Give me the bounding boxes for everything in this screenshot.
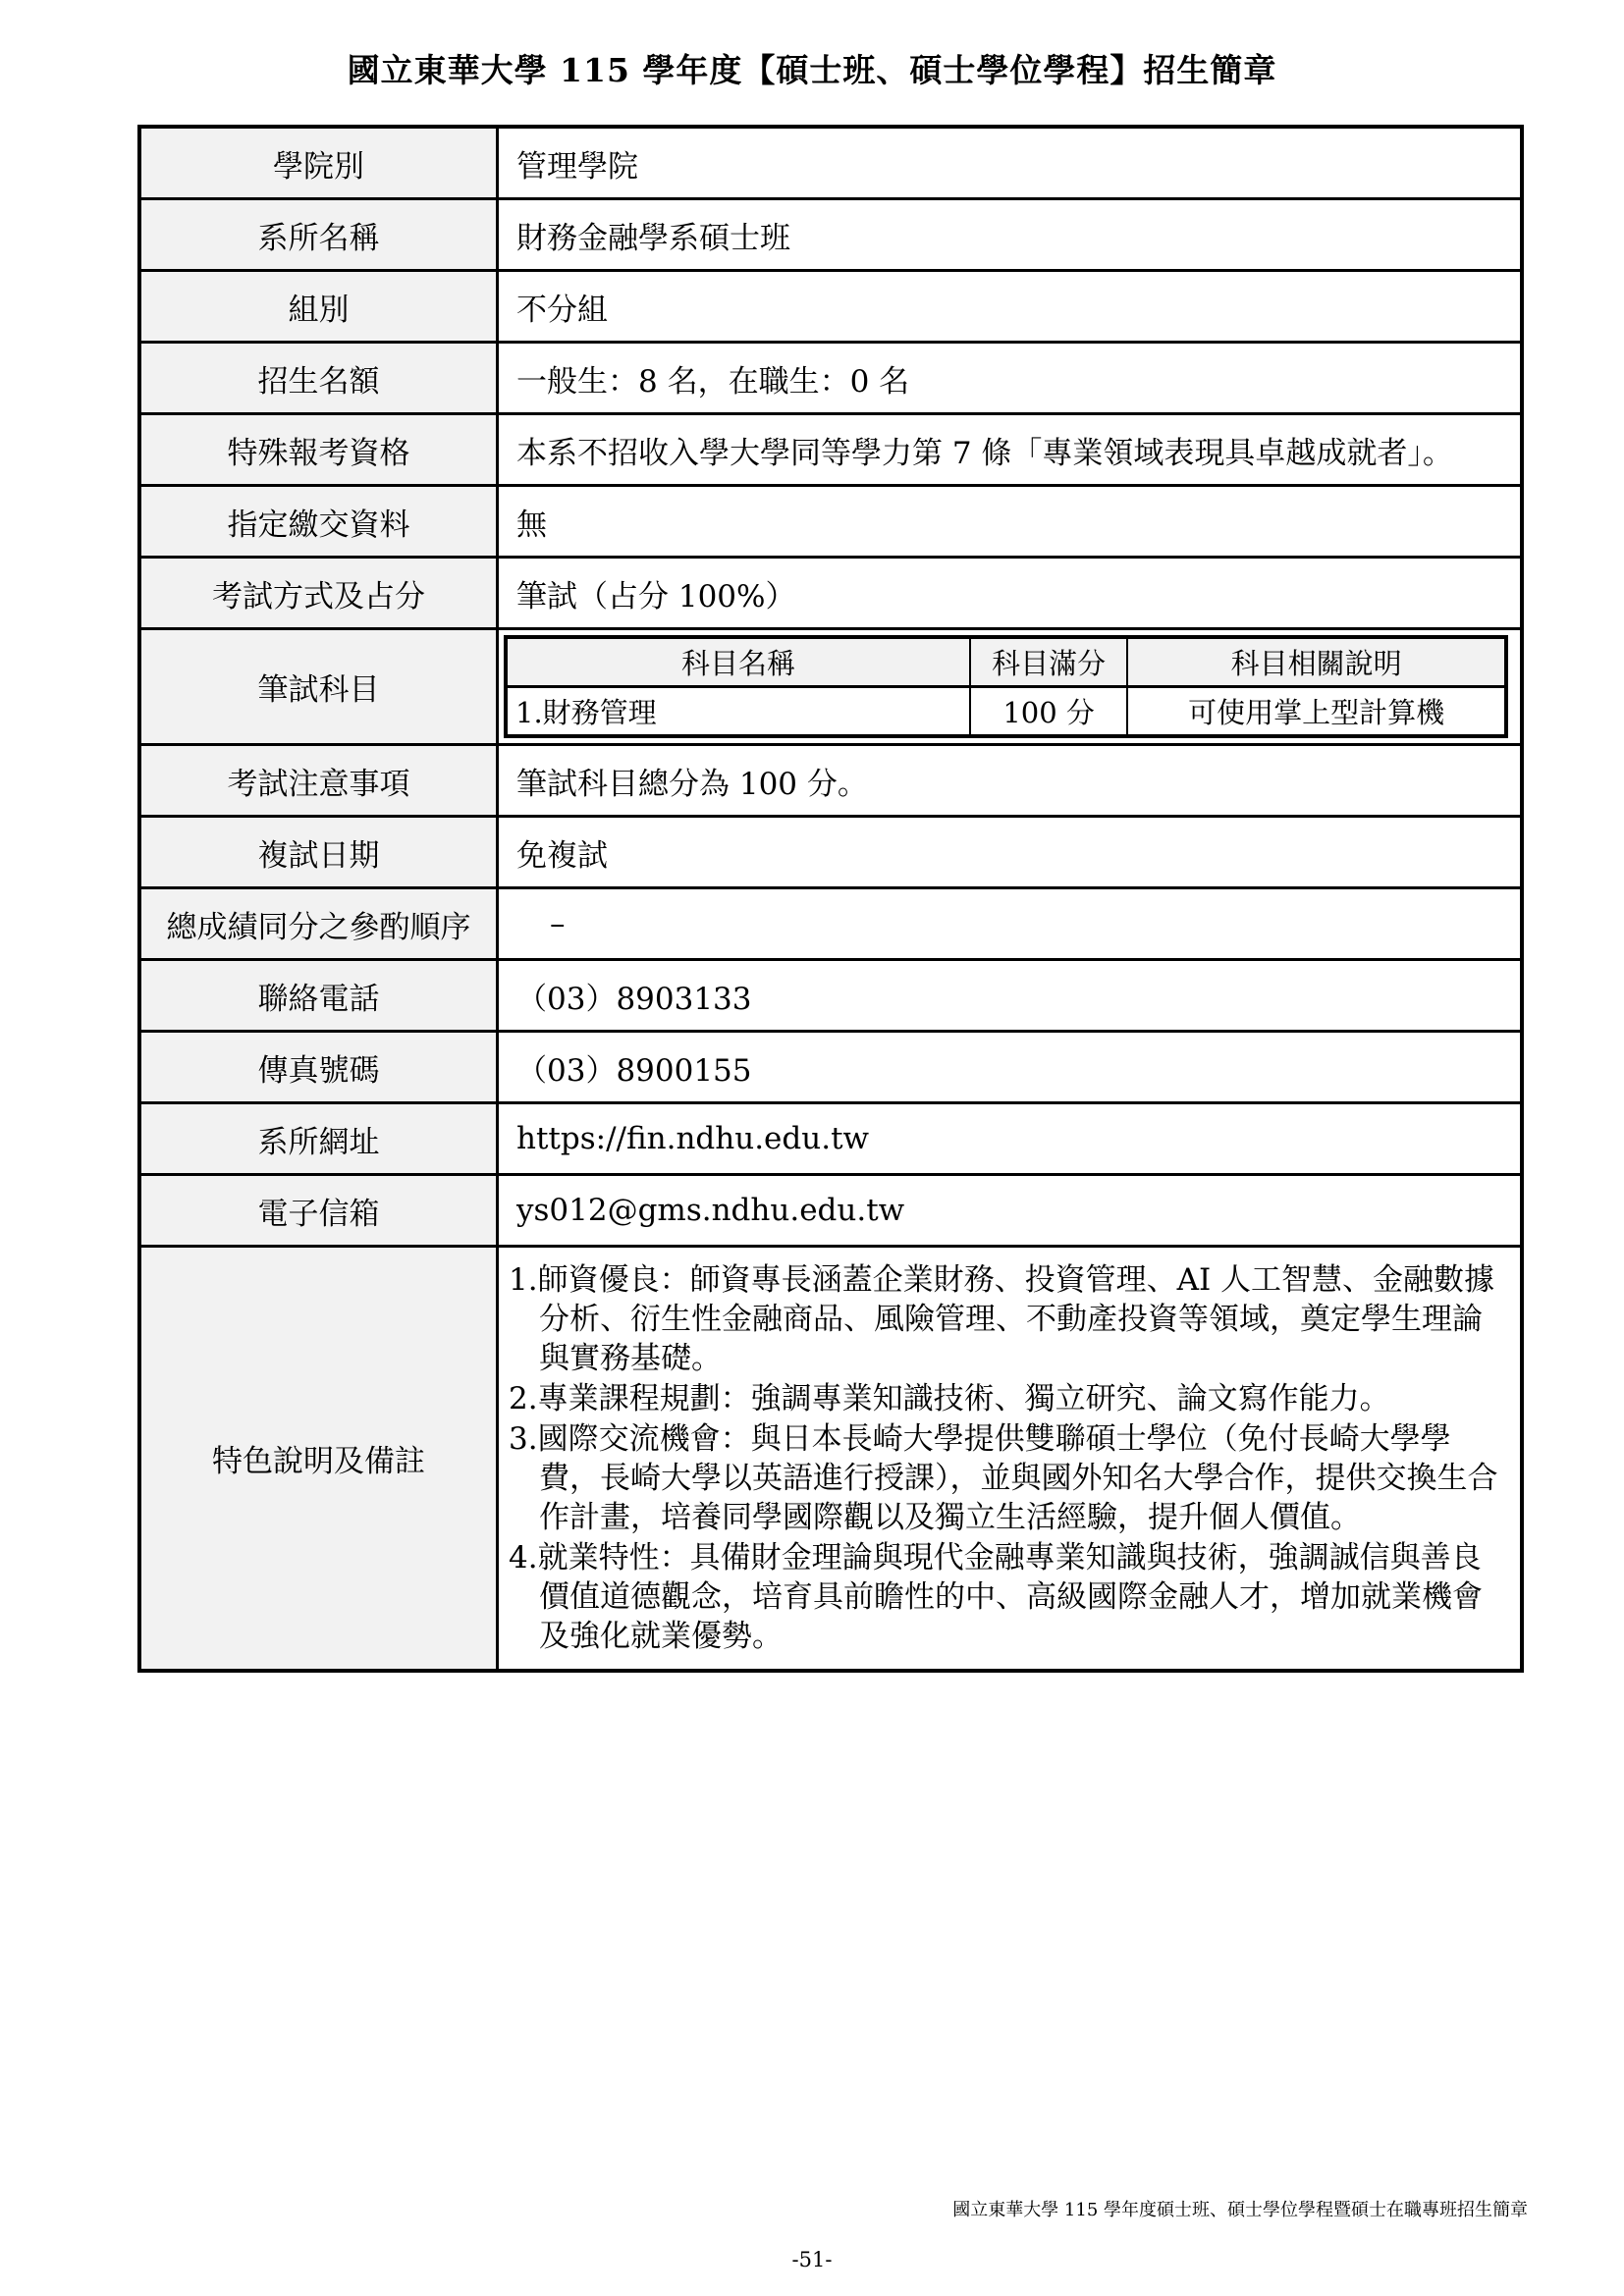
row-label: 傳真號碼: [141, 1033, 499, 1101]
feature-note-item: 4.就業特性：具備財金理論與現代金融專業知識與技術，強調誠信與善良價值道德觀念，…: [509, 1538, 1506, 1656]
row-value: （03）8903133: [499, 961, 1520, 1030]
department-email-address: ys012@gms.ndhu.edu.tw: [499, 1176, 1520, 1245]
subject-note-header: 科目相關說明: [1128, 639, 1504, 685]
table-row-required-documents: 指定繳交資料 無: [141, 484, 1520, 556]
row-label: 組別: [141, 272, 499, 341]
row-label: 筆試科目: [141, 630, 499, 743]
row-value: 筆試科目總分為 100 分。: [499, 746, 1520, 815]
table-row-department-website: 系所網址 https://fin.ndhu.edu.tw: [141, 1101, 1520, 1173]
row-label: 招生名額: [141, 344, 499, 412]
row-value: 免複試: [499, 818, 1520, 886]
row-label: 總成績同分之參酌順序: [141, 889, 499, 958]
row-value: –: [499, 889, 1520, 958]
row-value: 1.師資優良：師資專長涵蓋企業財務、投資管理、AI 人工智慧、金融數據分析、衍生…: [499, 1248, 1520, 1669]
row-value: （03）8900155: [499, 1033, 1520, 1101]
exam-subjects-data-row: 1.財務管理 100 分 可使用掌上型計算機: [508, 688, 1504, 734]
table-row-tiebreak-order: 總成績同分之參酌順序 –: [141, 886, 1520, 958]
row-value: 筆試（占分 100%）: [499, 559, 1520, 627]
row-value: 無: [499, 487, 1520, 556]
table-row-second-exam-date: 複試日期 免複試: [141, 815, 1520, 886]
row-label: 系所名稱: [141, 200, 499, 269]
document-page: 國立東華大學 115 學年度【碩士班、碩士學位學程】招生簡章 學院別 管理學院 …: [0, 0, 1624, 2296]
row-value: 不分組: [499, 272, 1520, 341]
table-row-written-subjects: 筆試科目 科目名稱 科目滿分 科目相關說明 1.財務管理 100 分 可使用掌上…: [141, 627, 1520, 743]
feature-note-item: 1.師資優良：師資專長涵蓋企業財務、投資管理、AI 人工智慧、金融數據分析、衍生…: [509, 1260, 1506, 1378]
exam-subjects-header-row: 科目名稱 科目滿分 科目相關說明: [508, 639, 1504, 688]
row-value: 本系不招收入學大學同等學力第 7 條「專業領域表現具卓越成就者」。: [499, 415, 1520, 484]
row-label: 聯絡電話: [141, 961, 499, 1030]
subject-name-header: 科目名稱: [508, 639, 971, 685]
table-row-college: 學院別 管理學院: [141, 129, 1520, 197]
row-label: 指定繳交資料: [141, 487, 499, 556]
row-value: 科目名稱 科目滿分 科目相關說明 1.財務管理 100 分 可使用掌上型計算機: [499, 630, 1520, 743]
table-row-email: 電子信箱 ys012@gms.ndhu.edu.tw: [141, 1173, 1520, 1245]
table-row-department: 系所名稱 財務金融學系碩士班: [141, 197, 1520, 269]
row-label: 複試日期: [141, 818, 499, 886]
table-row-exam-notes: 考試注意事項 筆試科目總分為 100 分。: [141, 743, 1520, 815]
table-row-quota: 招生名額 一般生：8 名，在職生：0 名: [141, 341, 1520, 412]
row-label: 電子信箱: [141, 1176, 499, 1245]
feature-note-item: 3.國際交流機會：與日本長崎大學提供雙聯碩士學位（免付長崎大學學費，長崎大學以英…: [509, 1419, 1506, 1537]
subject-note-cell: 可使用掌上型計算機: [1128, 688, 1504, 734]
subject-max-score-cell: 100 分: [971, 688, 1128, 734]
feature-note-item: 2.專業課程規劃：強調專業知識技術、獨立研究、論文寫作能力。: [509, 1379, 1506, 1418]
row-label: 考試方式及占分: [141, 559, 499, 627]
row-label: 考試注意事項: [141, 746, 499, 815]
table-row-group: 組別 不分組: [141, 269, 1520, 341]
row-label: 系所網址: [141, 1104, 499, 1173]
footer-note: 國立東華大學 115 學年度碩士班、碩士學位學程暨碩士在職專班招生簡章: [952, 2196, 1528, 2221]
table-row-exam-method: 考試方式及占分 筆試（占分 100%）: [141, 556, 1520, 627]
subject-name-cell: 1.財務管理: [508, 688, 971, 734]
row-value: 財務金融學系碩士班: [499, 200, 1520, 269]
table-row-special-qualification: 特殊報考資格 本系不招收入學大學同等學力第 7 條「專業領域表現具卓越成就者」。: [141, 412, 1520, 484]
row-label: 特色說明及備註: [141, 1248, 499, 1669]
document-title: 國立東華大學 115 學年度【碩士班、碩士學位學程】招生簡章: [0, 45, 1624, 91]
row-value: 一般生：8 名，在職生：0 名: [499, 344, 1520, 412]
table-row-features-remarks: 特色說明及備註 1.師資優良：師資專長涵蓋企業財務、投資管理、AI 人工智慧、金…: [141, 1245, 1520, 1669]
row-label: 學院別: [141, 129, 499, 197]
row-label: 特殊報考資格: [141, 415, 499, 484]
department-website-url: https://fin.ndhu.edu.tw: [499, 1104, 1520, 1173]
subject-max-score-header: 科目滿分: [971, 639, 1128, 685]
admission-info-table: 學院別 管理學院 系所名稱 財務金融學系碩士班 組別 不分組 招生名額 一般生：…: [137, 125, 1524, 1673]
exam-subjects-table: 科目名稱 科目滿分 科目相關說明 1.財務管理 100 分 可使用掌上型計算機: [504, 635, 1508, 738]
page-number: -51-: [0, 2248, 1624, 2271]
table-row-fax-number: 傳真號碼 （03）8900155: [141, 1030, 1520, 1101]
row-value: 管理學院: [499, 129, 1520, 197]
table-row-contact-phone: 聯絡電話 （03）8903133: [141, 958, 1520, 1030]
